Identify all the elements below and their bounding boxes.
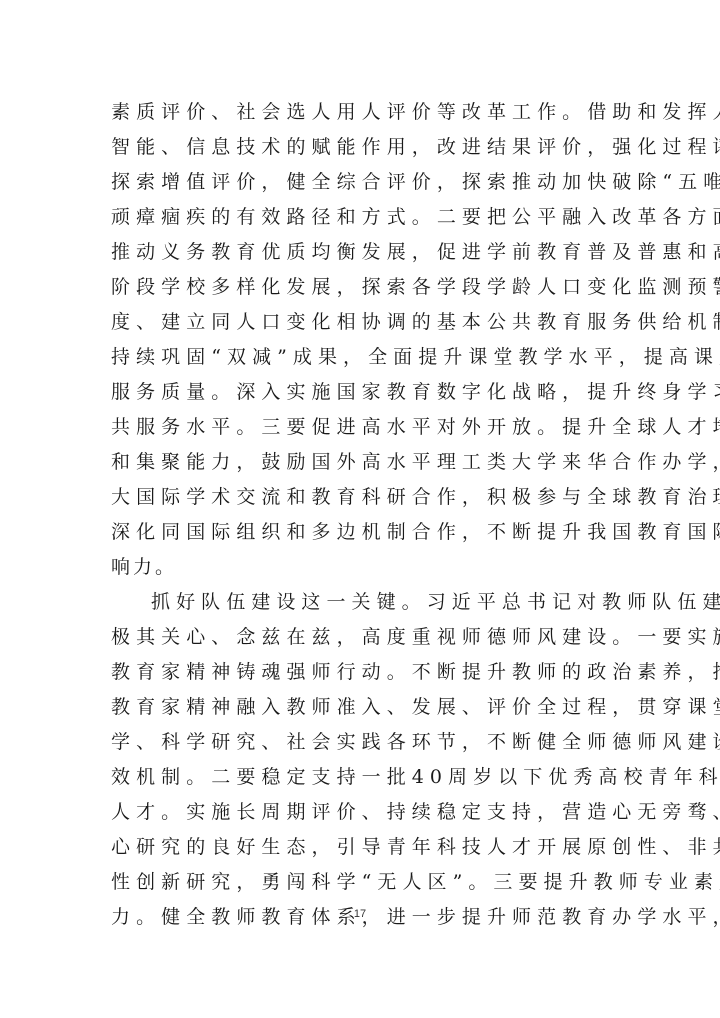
text-line: 性 创 新 研 究 ， 勇 闯 科 学 “ 无 人 区 ” 。 三 要 提 升 … xyxy=(111,865,609,900)
text-line: 阶 段 学 校 多 样 化 发 展 ， 探 索 各 学 段 学 龄 人 口 变 … xyxy=(111,270,609,305)
page-number: 17 xyxy=(0,908,720,920)
text-line: 深 化 同 国 际 组 织 和 多 边 机 制 合 作 ， 不 断 提 升 我 … xyxy=(111,515,609,550)
text-line: 教 育 家 精 神 铸 魂 强 师 行 动 。 不 断 提 升 教 师 的 政 … xyxy=(111,655,609,690)
body-text: 素 质 评 价 、 社 会 选 人 用 人 评 价 等 改 革 工 作 。 借 … xyxy=(111,95,609,935)
text-line: 探 索 增 值 评 价 ， 健 全 综 合 评 价 ， 探 索 推 动 加 快 … xyxy=(111,165,609,200)
text-line: 效 机 制 。 二 要 稳 定 支 持 一 批 4 0 周 岁 以 下 优 秀 … xyxy=(111,760,609,795)
text-line: 极 其 关 心 、 念 兹 在 兹 ， 高 度 重 视 师 德 师 风 建 设 … xyxy=(111,620,609,655)
text-line: 共 服 务 水 平 。 三 要 促 进 高 水 平 对 外 开 放 。 提 升 … xyxy=(111,410,609,445)
text-line: 度 、 建 立 同 人 口 变 化 相 协 调 的 基 本 公 共 教 育 服 … xyxy=(111,305,609,340)
text-line: 素 质 评 价 、 社 会 选 人 用 人 评 价 等 改 革 工 作 。 借 … xyxy=(111,95,609,130)
paragraph-first-line: 抓 好 队 伍 建 设 这 一 关 键 。 习 近 平 总 书 记 对 教 师 … xyxy=(111,585,609,620)
text-line: 服 务 质 量 。 深 入 实 施 国 家 教 育 数 字 化 战 略 ， 提 … xyxy=(111,375,609,410)
text-line: 推 动 义 务 教 育 优 质 均 衡 发 展 ， 促 进 学 前 教 育 普 … xyxy=(111,235,609,270)
text-line: 和 集 聚 能 力 ， 鼓 励 国 外 高 水 平 理 工 类 大 学 来 华 … xyxy=(111,445,609,480)
text-line: 教 育 家 精 神 融 入 教 师 准 入 、 发 展 、 评 价 全 过 程 … xyxy=(111,690,609,725)
text-line: 大 国 际 学 术 交 流 和 教 育 科 研 合 作 ， 积 极 参 与 全 … xyxy=(111,480,609,515)
text-line: 顽 瘴 痼 疾 的 有 效 路 径 和 方 式 。 二 要 把 公 平 融 入 … xyxy=(111,200,609,235)
text-line: 持 续 巩 固 “ 双 减 ” 成 果 ， 全 面 提 升 课 堂 教 学 水 … xyxy=(111,340,609,375)
text-line: 学 、 科 学 研 究 、 社 会 实 践 各 环 节 ， 不 断 健 全 师 … xyxy=(111,725,609,760)
text-line: 智 能 、 信 息 技 术 的 赋 能 作 用 ， 改 进 结 果 评 价 ， … xyxy=(111,130,609,165)
text-line: 心 研 究 的 良 好 生 态 ， 引 导 青 年 科 技 人 才 开 展 原 … xyxy=(111,830,609,865)
document-page: 素 质 评 价 、 社 会 选 人 用 人 评 价 等 改 革 工 作 。 借 … xyxy=(0,0,720,1018)
text-line: 响力。 xyxy=(111,550,609,585)
text-line: 人 才 。 实 施 长 周 期 评 价 、 持 续 稳 定 支 持 ， 营 造 … xyxy=(111,795,609,830)
